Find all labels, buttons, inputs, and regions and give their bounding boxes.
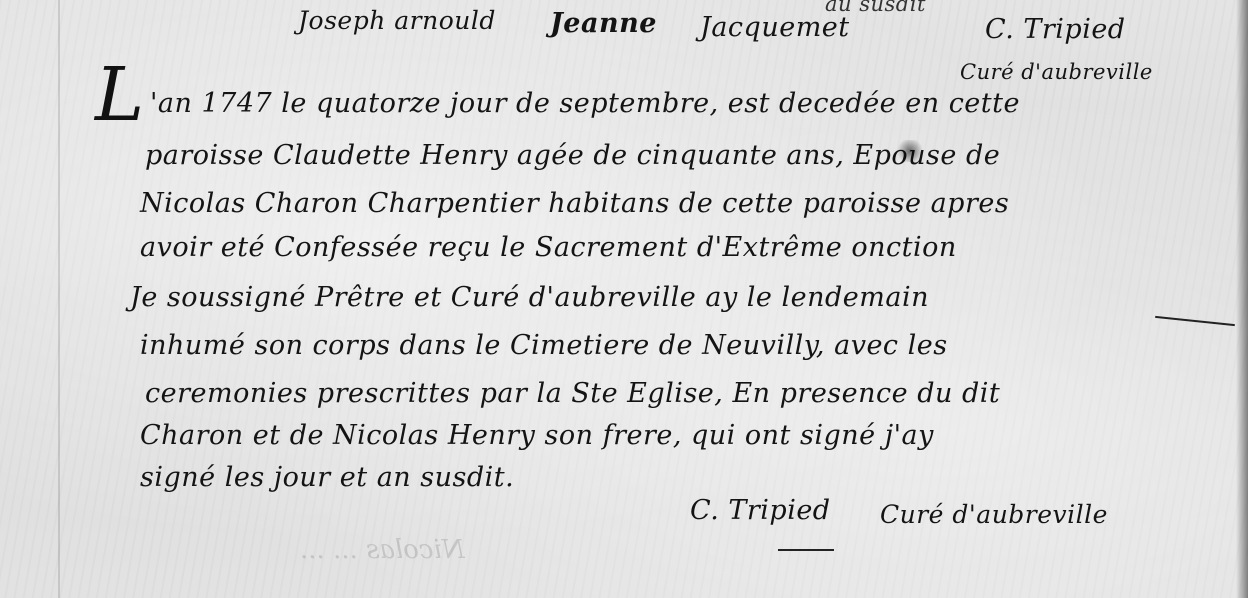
bleed-through-text: Nicolas ... ... bbox=[300, 535, 465, 565]
signature-joseph-arnould: Joseph arnould bbox=[298, 6, 496, 35]
entry-line-6: inhumé son corps dans le Cimetiere de Ne… bbox=[140, 330, 948, 361]
entry-line-1: 'an 1747 le quatorze jour de septembre, … bbox=[150, 88, 1020, 119]
entry-line-7: ceremonies prescrittes par la Ste Eglise… bbox=[145, 378, 1000, 409]
entry-line-2: paroisse Claudette Henry agée de cinquan… bbox=[145, 140, 1000, 171]
entry-line-3: Nicolas Charon Charpentier habitans de c… bbox=[140, 188, 1009, 219]
entry-line-4: avoir eté Confessée reçu le Sacrement d'… bbox=[140, 232, 957, 263]
page-fold-line bbox=[58, 0, 60, 598]
entry-line-5: Je soussigné Prêtre et Curé d'aubreville… bbox=[130, 282, 929, 313]
signature-jacquemet: Jacquemet bbox=[700, 12, 850, 43]
entry-line-9: signé les jour et an susdit. bbox=[140, 462, 514, 493]
signature-jeanne: Jeanne bbox=[550, 8, 657, 39]
ink-blot bbox=[895, 140, 925, 162]
closing-signature-title: Curé d'aubreville bbox=[880, 500, 1108, 529]
page-right-edge-shadow bbox=[1236, 0, 1248, 598]
document-page: Nicolas ... ... au susdit Joseph arnould… bbox=[0, 0, 1248, 598]
closing-signature-name: C. Tripied bbox=[690, 495, 831, 526]
signature-underline bbox=[778, 549, 834, 551]
line-end-flourish bbox=[1155, 316, 1235, 326]
entry-initial-letter: L bbox=[95, 58, 144, 132]
priest-signature-top: C. Tripied bbox=[985, 14, 1126, 45]
priest-title-top: Curé d'aubreville bbox=[960, 60, 1153, 84]
entry-line-8: Charon et de Nicolas Henry son frere, qu… bbox=[140, 420, 934, 451]
